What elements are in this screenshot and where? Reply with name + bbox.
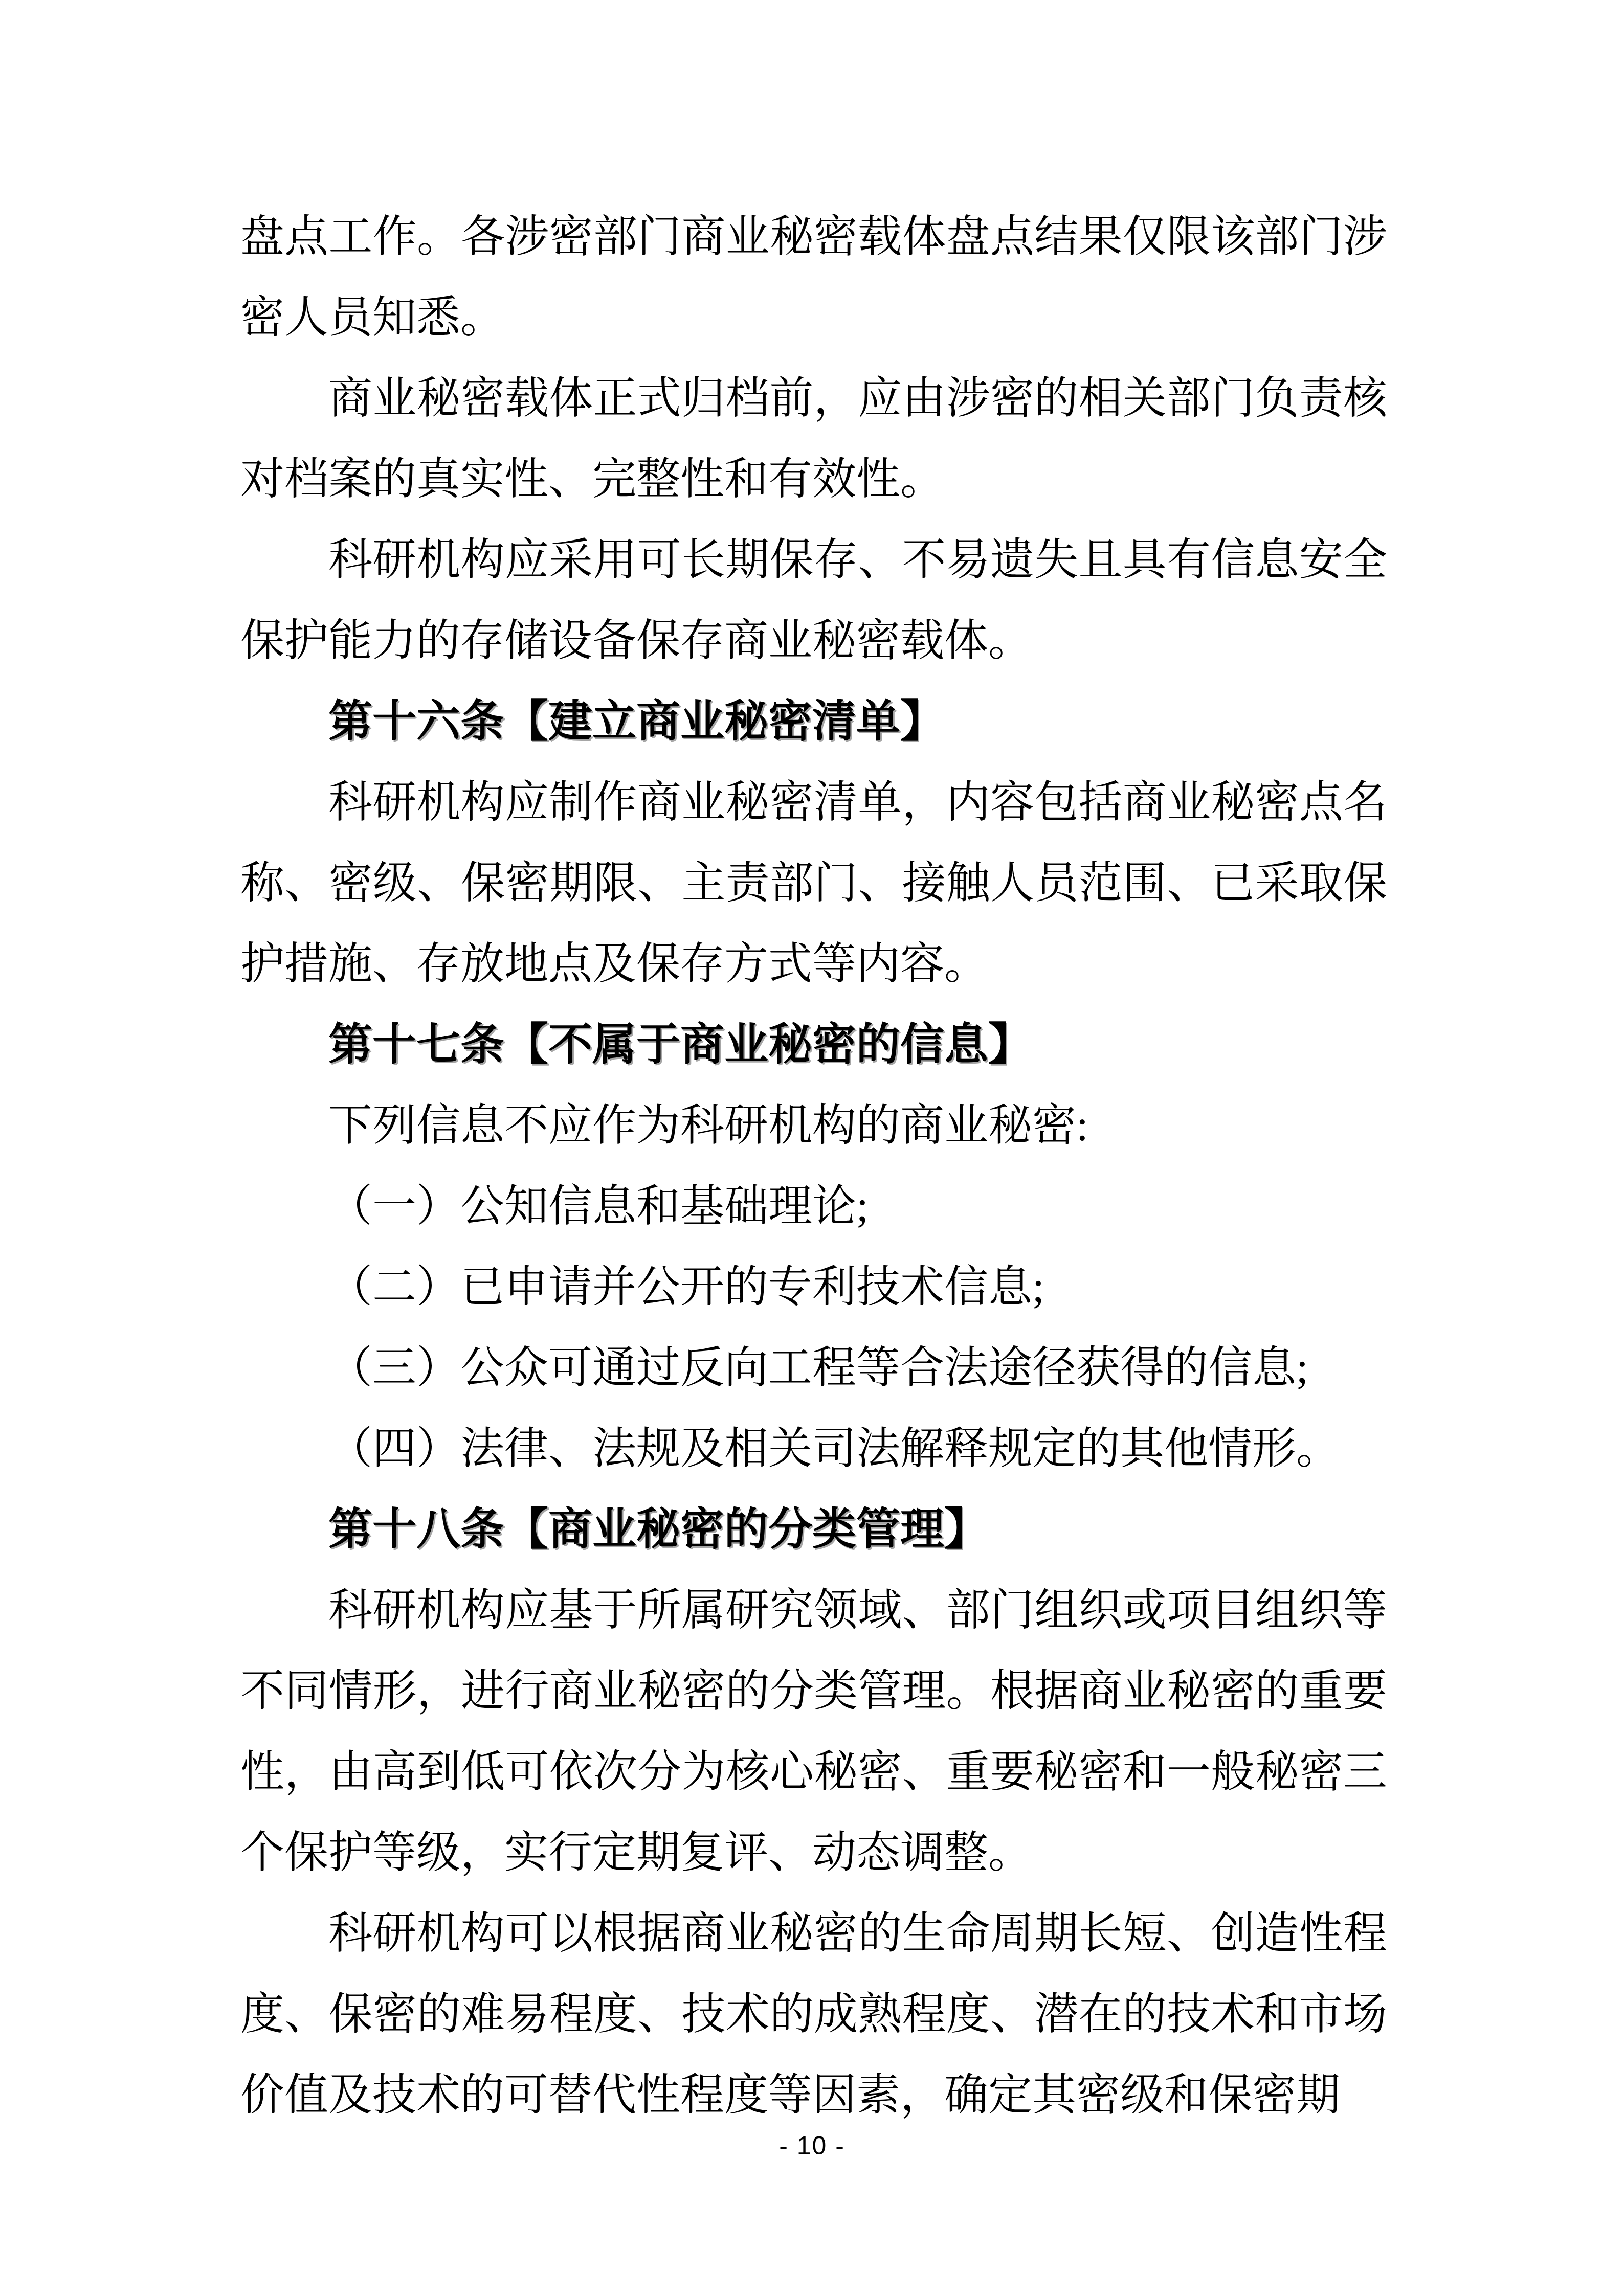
section-heading: 第十八条【商业秘密的分类管理】 [240, 1489, 1387, 1570]
paragraph: （一）公知信息和基础理论; [240, 1166, 1387, 1247]
paragraph: （四）法律、法规及相关司法解释规定的其他情形。 [240, 1408, 1387, 1489]
paragraph: 科研机构应制作商业秘密清单，内容包括商业秘密点名称、密级、保密期限、主责部门、接… [240, 762, 1387, 1004]
paragraph: （三）公众可通过反向工程等合法途径获得的信息; [240, 1327, 1387, 1408]
section-heading: 第十七条【不属于商业秘密的信息】 [240, 1004, 1387, 1085]
page-body: 盘点工作。各涉密部门商业秘密载体盘点结果仅限该部门涉密人员知悉。商业秘密载体正式… [240, 196, 1387, 2135]
section-heading: 第十六条【建立商业秘密清单】 [240, 681, 1387, 762]
paragraph: 科研机构应基于所属研究领域、部门组织或项目组织等不同情形，进行商业秘密的分类管理… [240, 1570, 1387, 1893]
paragraph: （二）已申请并公开的专利技术信息; [240, 1247, 1387, 1327]
paragraph: 盘点工作。各涉密部门商业秘密载体盘点结果仅限该部门涉密人员知悉。 [240, 196, 1387, 358]
page-number: - 10 - [0, 2131, 1624, 2160]
paragraph: 科研机构应采用可长期保存、不易遗失且具有信息安全保护能力的存储设备保存商业秘密载… [240, 520, 1387, 681]
paragraph: 下列信息不应作为科研机构的商业秘密: [240, 1085, 1387, 1166]
paragraph: 商业秘密载体正式归档前，应由涉密的相关部门负责核对档案的真实性、完整性和有效性。 [240, 358, 1387, 520]
paragraph: 科研机构可以根据商业秘密的生命周期长短、创造性程度、保密的难易程度、技术的成熟程… [240, 1893, 1387, 2135]
document-page: 盘点工作。各涉密部门商业秘密载体盘点结果仅限该部门涉密人员知悉。商业秘密载体正式… [0, 0, 1624, 2296]
